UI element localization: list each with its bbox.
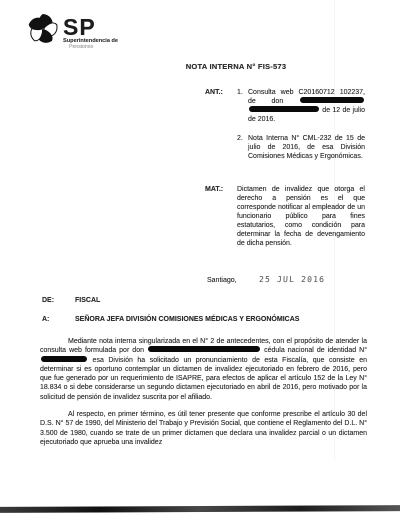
antecedent-1-text: Consulta web C20160712 102237, de don de… [248, 88, 365, 124]
paragraph-2: Al respecto, en primer término, es útil … [40, 410, 367, 447]
scan-streak-artifact [334, 0, 335, 460]
paragraph-1: Mediante nota interna singularizada en e… [40, 337, 367, 402]
antecedent-2: 2. Nota Interna N° CML-232 de 15 de juli… [237, 134, 365, 161]
antecedent-1-number: 1. [237, 88, 248, 124]
to-value: SEÑORA JEFA DIVISIÓN COMISIONES MÉDICAS … [75, 316, 299, 323]
date-stamp: 25 JUL 2016 [258, 275, 325, 284]
paragraph-1-seg2: cédula nacional de identidad N° [264, 347, 367, 354]
mat-text: Dictamen de invalidez que otorga el dere… [237, 185, 365, 248]
from-value: FISCAL [75, 297, 100, 304]
document-title: NOTA INTERNA N° FIS-573 [100, 62, 372, 71]
from-row: DE: FISCAL [42, 297, 100, 304]
to-label: A: [42, 316, 75, 323]
dateline: Santiago, 25 JUL 2016 [207, 275, 325, 284]
agency-logo-text: SP Superintendencia de Pensiones [63, 17, 118, 50]
letter-body: Mediante nota interna singularizada en e… [40, 337, 367, 447]
redaction-bar [41, 356, 87, 362]
scanned-document-page: SP Superintendencia de Pensiones NOTA IN… [0, 0, 400, 518]
antecedent-2-text: Nota Interna N° CML-232 de 15 de julio d… [248, 134, 365, 161]
city-label: Santiago, [207, 277, 237, 284]
ant-body: 1. Consulta web C20160712 102237, de don… [237, 88, 365, 171]
logo-sp: SP [63, 17, 118, 37]
ant-label: ANT.: [205, 88, 237, 171]
scan-edge-band [0, 505, 400, 513]
redaction-bar [249, 106, 319, 112]
antecedents-row: ANT.: 1. Consulta web C20160712 102237, … [205, 88, 367, 171]
hands-pinwheel-icon [26, 9, 60, 49]
antecedent-2-number: 2. [237, 134, 248, 161]
to-row: A: SEÑORA JEFA DIVISIÓN COMISIONES MÉDIC… [42, 316, 299, 323]
subject-row: MAT.: Dictamen de invalidez que otorga e… [205, 185, 367, 248]
redaction-bar [300, 97, 364, 103]
antecedent-1: 1. Consulta web C20160712 102237, de don… [237, 88, 365, 124]
redaction-bar [148, 346, 260, 352]
logo-subtitle-2: Pensiones [69, 44, 118, 50]
reference-block: ANT.: 1. Consulta web C20160712 102237, … [205, 88, 367, 248]
paragraph-1-seg3: esa División ha solicitado un pronunciam… [40, 357, 367, 401]
mat-label: MAT.: [205, 185, 237, 248]
agency-logo: SP Superintendencia de Pensiones [26, 9, 118, 50]
from-label: DE: [42, 297, 75, 304]
